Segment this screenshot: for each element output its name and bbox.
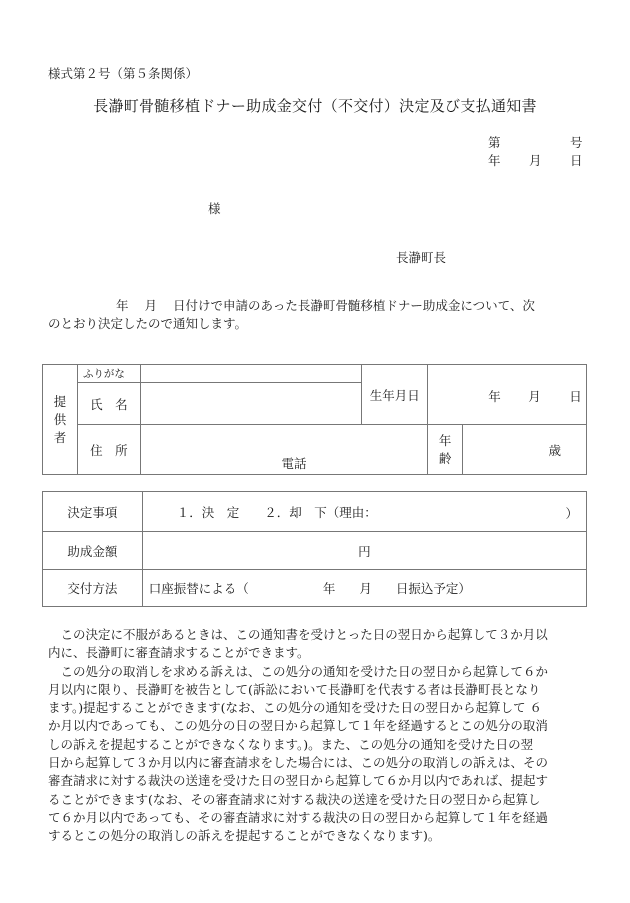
donor-info-table: 提 供 者 ふりがな 生年月日 年 月 日 氏 名 住 所 電話 年 齢 歳 <box>42 364 587 475</box>
name-field[interactable] <box>140 383 362 425</box>
payment-suffix: 日振込予定） <box>396 581 471 596</box>
notice-line: ることができます(なお、その審査請求に対する裁決の送達を受けた日の翌日から起算し <box>48 791 588 809</box>
intro-line-1: 年月日付けで申請のあった長瀞町骨髄移植ドナー助成金について、次 <box>48 297 586 315</box>
payment-method-row: 交付方法 口座振替による（年月日振込予定） <box>43 570 587 607</box>
birthdate-field[interactable]: 年 月 日 <box>428 365 587 425</box>
notice-line: 審査請求に対する裁決の送達を受けた日の翌日から起算して６か月以内であれば、提起す <box>48 772 588 790</box>
notice-line: 内に、長瀞町に審査請求することができます。 <box>48 644 588 662</box>
payment-prefix: 口座振替による（ <box>149 581 249 596</box>
donor-char: 提 <box>54 394 67 409</box>
notice-line: 月以内に限り、長瀞町を被告として(訴訟において長瀞町を代表する者は長瀞町長となり <box>48 681 588 699</box>
intro-text: 日付けで申請のあった長瀞町骨髄移植ドナー助成金について、次 <box>173 298 535 313</box>
notice-line: て６か月以内であっても、その審査請求に対する裁決の日の翌日から起算して１年を経過 <box>48 809 588 827</box>
birth-year: 年 <box>488 387 501 405</box>
payment-method-label: 交付方法 <box>43 570 143 607</box>
address-label: 住 所 <box>77 425 140 475</box>
form-number-label: 様式第２号（第５条関係） <box>48 64 198 82</box>
birth-day: 日 <box>569 387 582 405</box>
decision-field[interactable]: １．決 定 ２．却 下（理由： ） <box>142 492 586 532</box>
appeal-notice: この決定に不服があるときは、この通知書を受けとった日の翌日から起算して３か月以 … <box>48 626 588 846</box>
payment-method-field[interactable]: 口座振替による（年月日振込予定） <box>142 570 586 607</box>
donor-section-label: 提 供 者 <box>43 365 78 475</box>
intro-line-2: のとおり決定したので通知します。 <box>48 315 586 333</box>
phone-label: 電話 <box>141 454 427 474</box>
decision-row: 決定事項 １．決 定 ２．却 下（理由： ） <box>43 492 587 532</box>
donor-char: 者 <box>54 430 67 445</box>
age-char: 年 <box>439 433 452 448</box>
payment-month: 月 <box>359 581 372 596</box>
donor-char: 供 <box>54 412 67 427</box>
document-number: 第 号 <box>488 133 583 149</box>
name-label: 氏 名 <box>77 383 140 425</box>
furigana-field[interactable] <box>140 365 362 383</box>
age-char: 齢 <box>439 451 452 466</box>
addressee-honorific: 様 <box>208 199 221 217</box>
notice-line: この処分の取消しを求める訴えは、この処分の通知を受けた日の翌日から起算して６か <box>48 663 588 681</box>
notice-line: ます。)提起することができます(なお、この処分の通知を受けた日の翌日から起算して… <box>48 699 588 717</box>
amount-label: 助成金額 <box>43 532 143 570</box>
birth-month: 月 <box>528 387 541 405</box>
amount-field[interactable]: 円 <box>142 532 586 570</box>
issuer-name: 長瀞町長 <box>396 248 446 266</box>
decision-options: １．決 定 ２．却 下（理由： <box>177 505 377 520</box>
intro-paragraph: 年月日付けで申請のあった長瀞町骨髄移植ドナー助成金について、次 のとおり決定した… <box>48 297 586 333</box>
notice-line: しの訴えを提起することができなくなります。)。また、この処分の通知を受けた日の翌 <box>48 736 588 754</box>
furigana-label: ふりがな <box>77 365 140 383</box>
yen-unit: 円 <box>358 544 371 559</box>
notice-line: この決定に不服があるときは、この通知書を受けとった日の翌日から起算して３か月以 <box>48 626 588 644</box>
document-date: 年 月 日 <box>488 151 583 167</box>
amount-row: 助成金額 円 <box>43 532 587 570</box>
document-title: 長瀞町骨髄移植ドナー助成金交付（不交付）決定及び支払通知書 <box>0 95 630 116</box>
address-field[interactable]: 電話 <box>140 425 427 475</box>
age-label: 年 齢 <box>428 425 463 475</box>
decision-table: 決定事項 １．決 定 ２．却 下（理由： ） 助成金額 円 交付方法 口座振替に… <box>42 491 587 607</box>
decision-label: 決定事項 <box>43 492 143 532</box>
notice-line: か月以内であっても、この処分の日の翌日から起算して１年を経過するとこの処分の取消 <box>48 717 588 735</box>
notice-line: するとこの処分の取消しの訴えを提起することができなくなります)。 <box>48 827 588 845</box>
decision-closing: ） <box>565 504 578 522</box>
date-day: 日 <box>570 151 583 169</box>
intro-year: 年 <box>116 298 129 313</box>
age-field[interactable]: 歳 <box>463 425 587 475</box>
date-year: 年 <box>488 151 501 169</box>
number-prefix: 第 <box>488 133 501 151</box>
birthdate-label: 生年月日 <box>362 365 428 425</box>
date-month: 月 <box>529 151 542 169</box>
intro-month: 月 <box>145 298 158 313</box>
number-suffix: 号 <box>570 133 583 151</box>
age-unit: 歳 <box>548 443 561 458</box>
payment-year: 年 <box>323 581 336 596</box>
notice-line: 日から起算して３か月以内に審査請求をした場合には、この処分の取消しの訴えは、その <box>48 754 588 772</box>
